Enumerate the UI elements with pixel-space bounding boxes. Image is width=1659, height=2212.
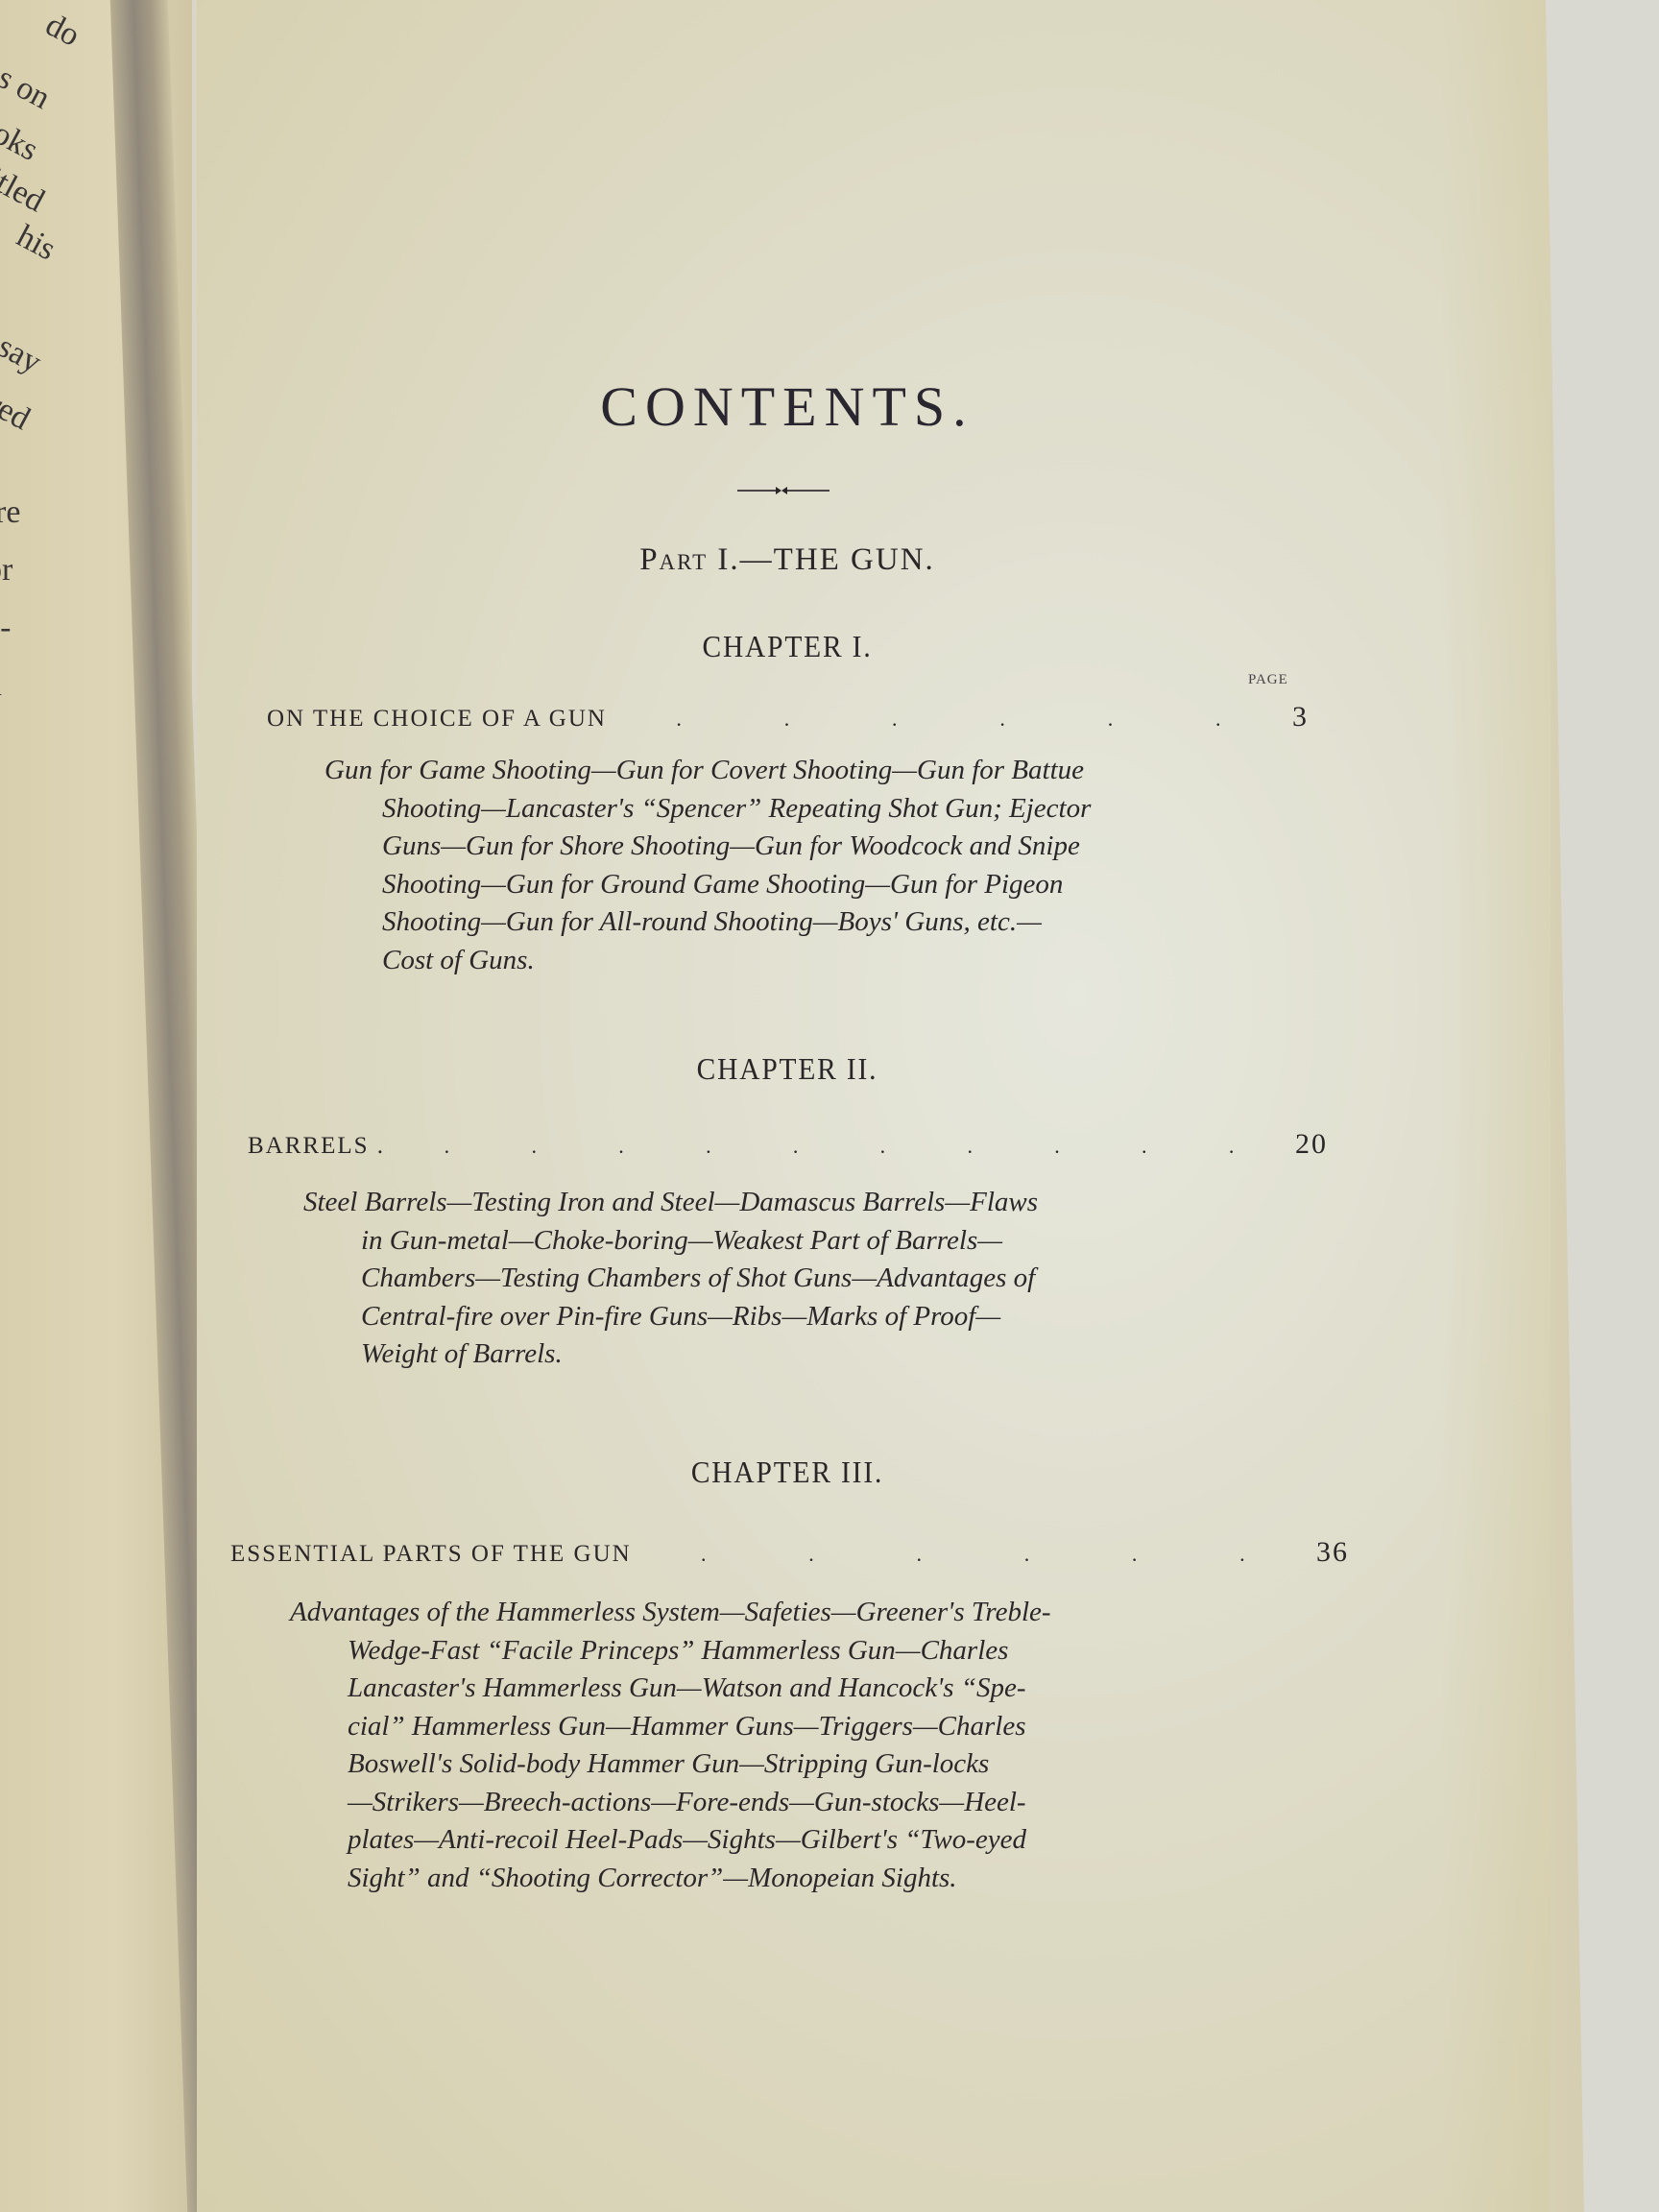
summary-line: Sight” and “Shooting Corrector”—Monopeia… <box>290 1860 1051 1898</box>
entry-title: BARRELS . <box>248 1133 385 1160</box>
toc-entry[interactable]: ON THE CHOICE OF A GUN ...... 3 <box>267 701 1309 739</box>
summary-line: Shooting—Gun for All-round Shooting—Boys… <box>325 903 1091 942</box>
summary-line: Boswell's Solid-body Hammer Gun—Strippin… <box>290 1745 1051 1784</box>
summary-line: Steel Barrels—Testing Iron and Steel—Dam… <box>303 1184 1038 1222</box>
summary-line: Advantages of the Hammerless System—Safe… <box>290 1594 1051 1632</box>
dot-leader: ...... <box>632 1542 1316 1567</box>
summary-line: cial” Hammerless Gun—Hammer Guns—Trigger… <box>290 1708 1051 1746</box>
part-title: I.—THE GUN. <box>717 542 934 577</box>
entry-page-number: 36 <box>1316 1536 1349 1569</box>
part-prefix: Part <box>639 542 708 577</box>
summary-line: Wedge-Fast “Facile Princeps” Hammerless … <box>290 1632 1051 1671</box>
page-column-label: PAGE <box>1248 672 1288 688</box>
summary-line: Lancaster's Hammerless Gun—Watson and Ha… <box>290 1670 1051 1708</box>
summary-line: Shooting—Gun for Ground Game Shooting—Gu… <box>325 866 1091 904</box>
contents-text: CONTENTS. Part I.—THE GUN. CHAPTER I. PA… <box>0 0 1659 2212</box>
toc-entry[interactable]: ESSENTIAL PARTS OF THE GUN ...... 36 <box>230 1536 1349 1575</box>
part-heading: Part I.—THE GUN. <box>0 542 1575 578</box>
chapter-heading: CHAPTER II. <box>63 1051 1512 1087</box>
summary-line: Guns—Gun for Shore Shooting—Gun for Wood… <box>325 828 1091 866</box>
entry-page-number: 3 <box>1292 701 1309 733</box>
dot-leader: .......... <box>385 1134 1295 1159</box>
chapter-heading: CHAPTER I. <box>63 629 1512 664</box>
ornament-divider-icon <box>737 485 829 496</box>
entry-title: ESSENTIAL PARTS OF THE GUN <box>230 1541 632 1568</box>
summary-line: Shooting—Lancaster's “Spencer” Repeating… <box>325 790 1091 829</box>
page-title: CONTENTS. <box>0 374 1575 439</box>
dot-leader: ...... <box>607 707 1292 732</box>
summary-line: Gun for Game Shooting—Gun for Covert Sho… <box>325 752 1091 790</box>
summary-line: Weight of Barrels. <box>303 1335 1038 1374</box>
summary-line: Cost of Guns. <box>325 942 1091 980</box>
chapter-summary: Advantages of the Hammerless System—Safe… <box>290 1594 1051 1897</box>
chapter-summary: Gun for Game Shooting—Gun for Covert Sho… <box>325 752 1091 979</box>
summary-line: in Gun-metal—Choke-boring—Weakest Part o… <box>303 1222 1038 1261</box>
chapter-summary: Steel Barrels—Testing Iron and Steel—Dam… <box>303 1184 1038 1374</box>
summary-line: plates—Anti-recoil Heel-Pads—Sights—Gilb… <box>290 1821 1051 1860</box>
toc-entry[interactable]: BARRELS . .......... 20 <box>248 1128 1328 1166</box>
summary-line: Chambers—Testing Chambers of Shot Guns—A… <box>303 1260 1038 1298</box>
summary-line: Central-fire over Pin-fire Guns—Ribs—Mar… <box>303 1298 1038 1336</box>
entry-page-number: 20 <box>1295 1128 1328 1161</box>
summary-line: —Strikers—Breech-actions—Fore-ends—Gun-s… <box>290 1784 1051 1822</box>
entry-title: ON THE CHOICE OF A GUN <box>267 706 607 733</box>
chapter-heading: CHAPTER III. <box>63 1455 1512 1490</box>
